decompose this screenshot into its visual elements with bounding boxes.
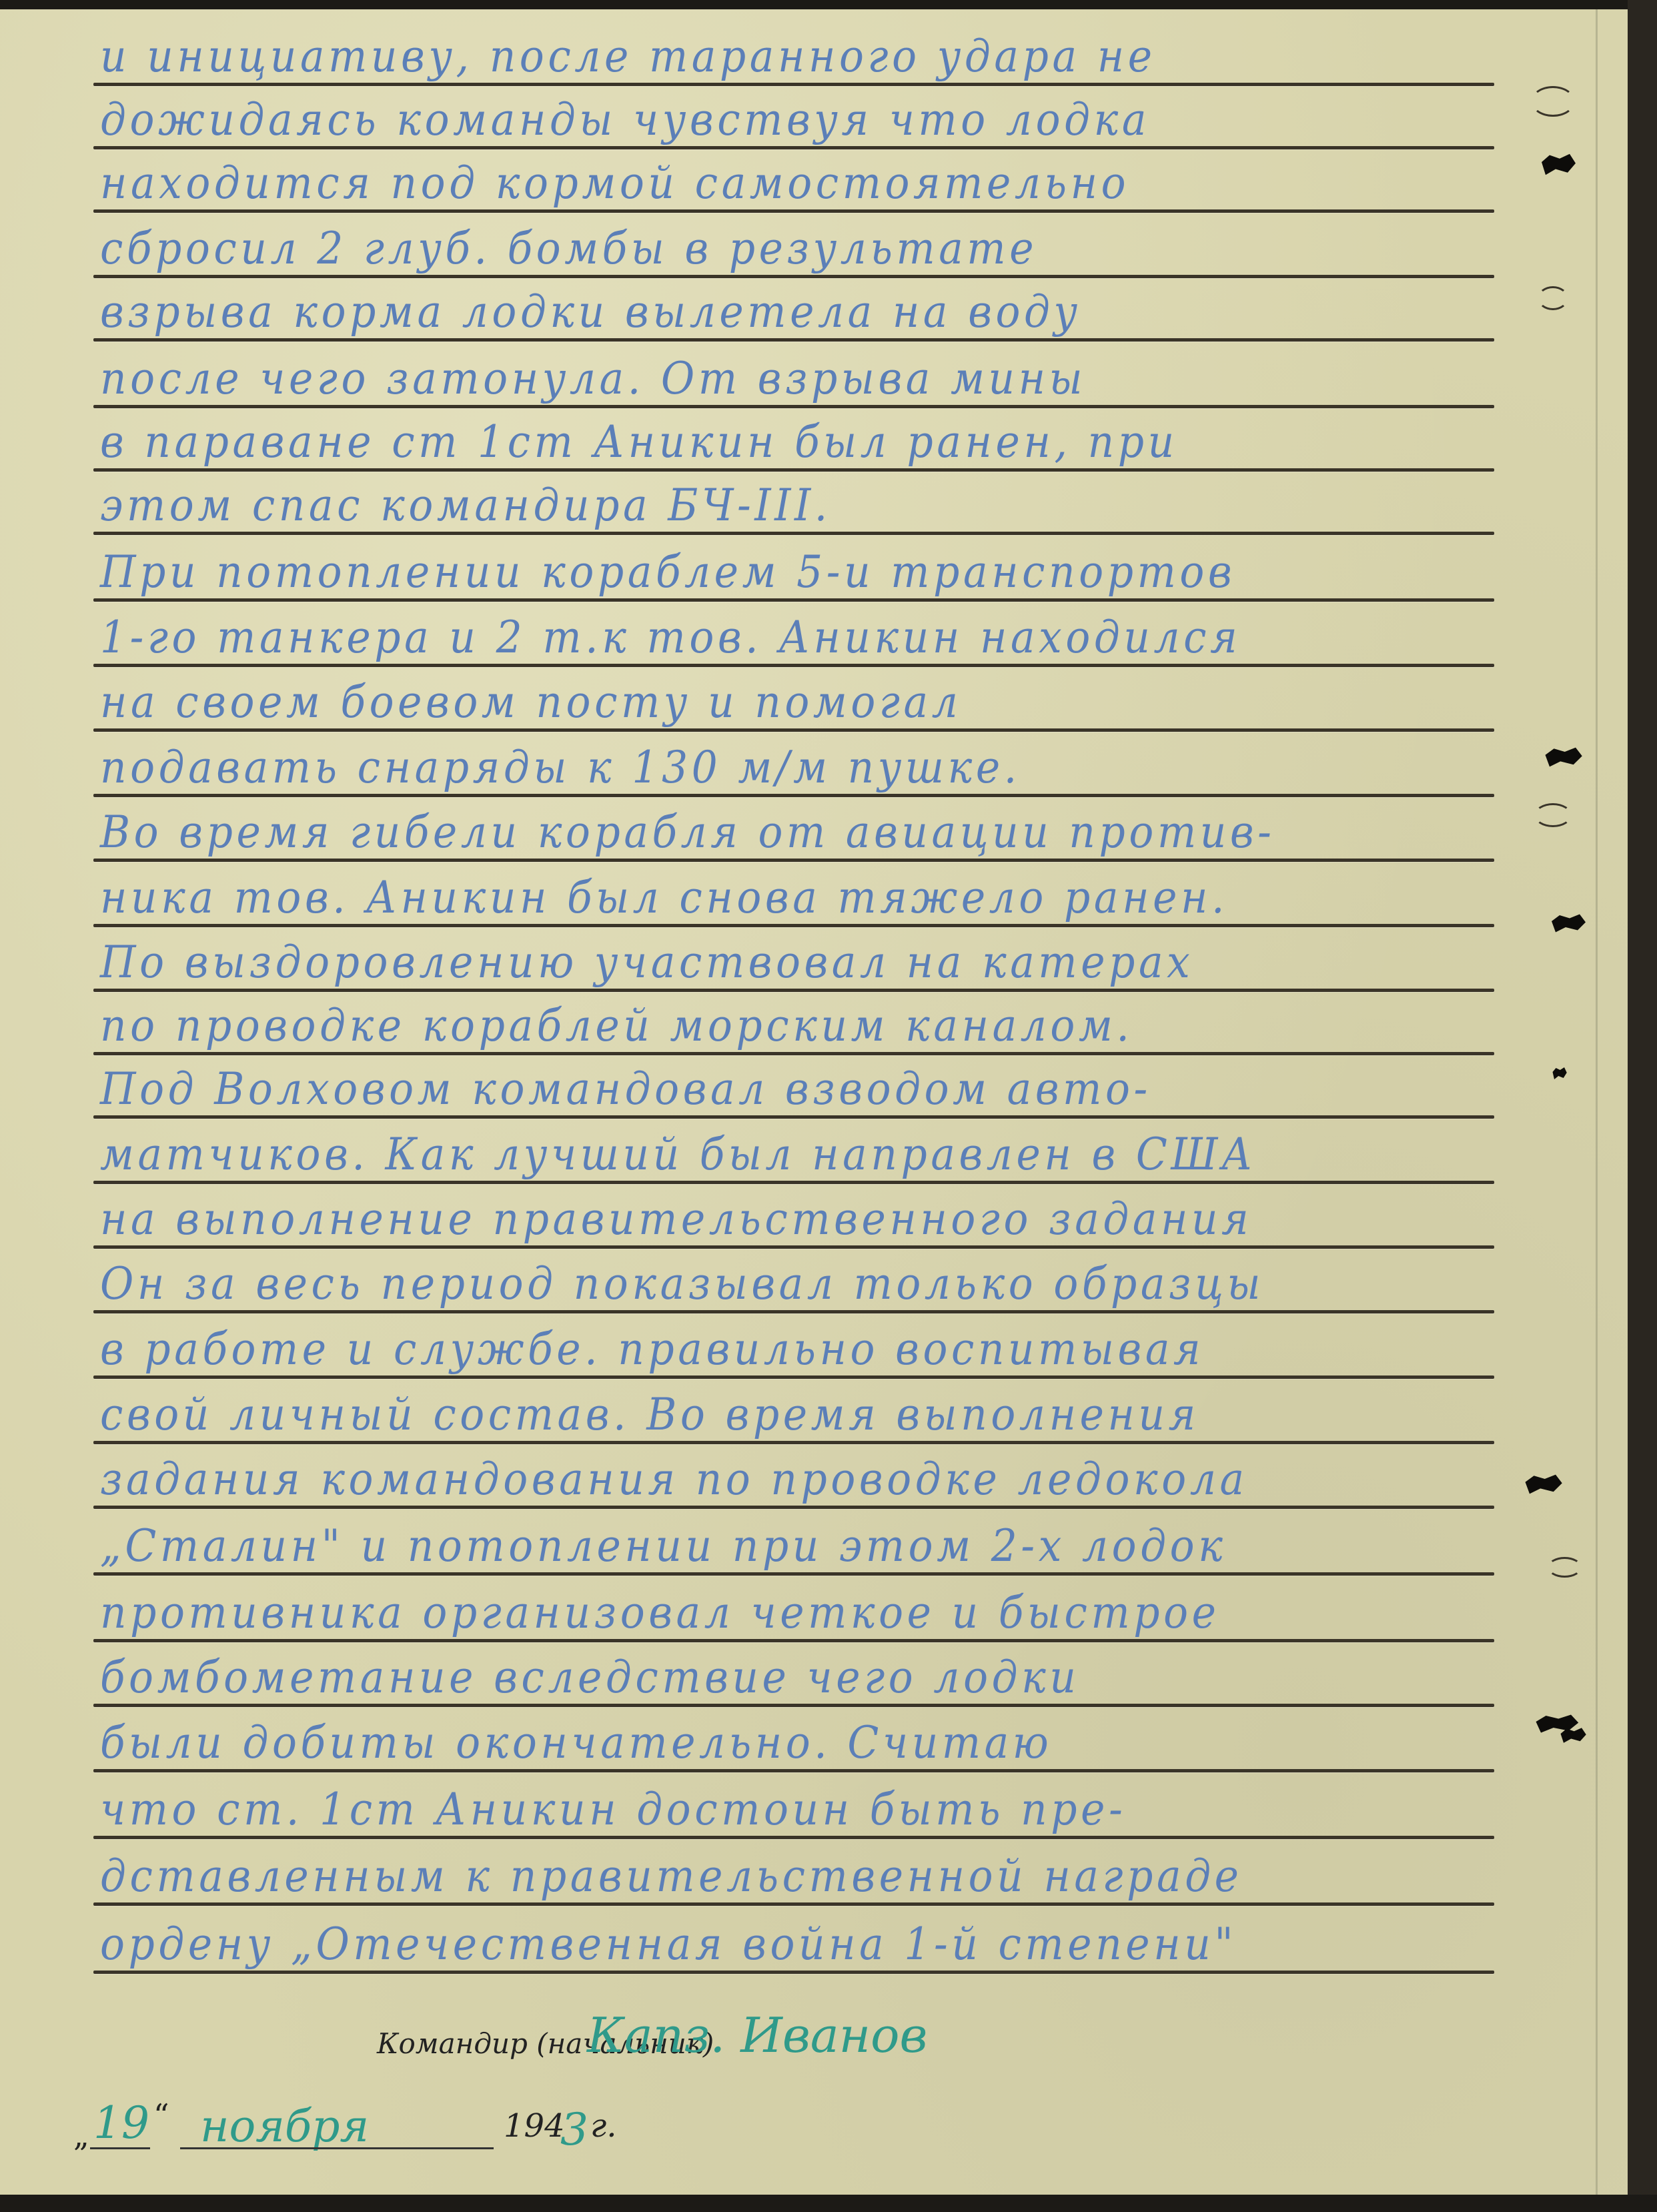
line-text: свой личный состав. Во время выполнения [100,1389,1199,1440]
line-text: подавать снаряды к 130 м/м пушке. [100,742,1021,793]
ruled-line [93,1310,1494,1313]
text-line: При потоплении кораблем 5-и транспортов [93,540,1494,602]
text-line: сбросил 2 глуб. бомбы в результате [93,216,1494,278]
line-text: на выполнение правительственного задания [100,1193,1252,1245]
ruled-line [93,532,1494,535]
document-page: и инициативу, после таранного удара не д… [0,0,1628,2195]
text-line: ника тов. Аникин был снова тяжело ранен. [93,865,1494,927]
line-text: матчиков. Как лучший был направлен в США [100,1129,1256,1180]
text-line: на выполнение правительственного задания [93,1187,1494,1249]
line-text: этом спас командира БЧ-III. [100,480,831,531]
text-line: По выздоровлению участвовал на катерах [93,930,1494,992]
line-text: на своем боевом посту и помогал [100,676,961,728]
text-line: Во время гибели корабля от авиации проти… [93,800,1494,862]
day-underline [90,2147,150,2149]
commander-signature: Капз. Иванов [587,2007,927,2063]
ruled-line [93,728,1494,732]
line-text: взрыва корма лодки вылетела на воду [100,286,1081,338]
text-line: после чего затонула. От взрыва мины [93,346,1494,408]
line-text: 1-го танкера и 2 т.к тов. Аникин находил… [100,612,1241,663]
line-text: были добиты окончательно. Считаю [100,1717,1052,1768]
text-line: Он за весь период показывал только образ… [93,1251,1494,1313]
line-text: Во время гибели корабля от авиации проти… [100,806,1275,858]
hole-crack-icon [1534,803,1572,827]
open-quote: „ [73,2117,89,2153]
hole-crack-icon [1538,286,1568,310]
line-text: по проводке кораблей морским каналом. [100,1000,1133,1051]
line-text: Он за весь период показывал только образ… [100,1258,1264,1309]
hole-crack-icon [1548,1557,1582,1578]
text-line: взрыва корма лодки вылетела на воду [93,280,1494,342]
text-line: ордену „Отечественная война 1-й степени" [93,1912,1494,1974]
text-line: противника организовал четкое и быстрое [93,1580,1494,1642]
ruled-line [93,1704,1494,1707]
ruled-line [93,924,1494,927]
text-line: „Сталин" и потоплении при этом 2-х лодок [93,1514,1494,1576]
text-line: матчиков. Как лучший был направлен в США [93,1122,1494,1184]
line-text: в параване ст 1ст Аникин был ранен, при [100,416,1178,468]
year-suffix: 3 [560,2104,588,2155]
line-text: „Сталин" и потоплении при этом 2-х лодок [100,1520,1226,1572]
line-text: ника тов. Аникин был снова тяжело ранен. [100,872,1228,923]
text-line: дожидаясь команды чувствуя что лодка [93,87,1494,149]
line-text: и инициативу, после таранного удара не [100,31,1156,82]
text-line: дставленным к правительственной награде [93,1844,1494,1906]
ruled-line [93,859,1494,862]
ruled-line [93,1181,1494,1184]
ruled-line [93,598,1494,602]
ruled-line [93,1245,1494,1249]
ruled-line [93,664,1494,667]
text-line: что ст. 1ст Аникин достоин быть пре- [93,1777,1494,1839]
text-line: подавать снаряды к 130 м/м пушке. [93,735,1494,797]
line-text: задания командования по проводке ледокол… [100,1454,1248,1505]
line-text: ордену „Отечественная война 1-й степени" [100,1918,1237,1970]
ruled-line [93,275,1494,278]
ruled-line [93,1506,1494,1509]
date-month: ноября [200,2101,369,2152]
text-line: этом спас командира БЧ-III. [93,473,1494,535]
text-line: бомбометание вследствие чего лодки [93,1645,1494,1707]
text-line: задания командования по проводке ледокол… [93,1447,1494,1509]
ruled-line [93,989,1494,992]
ruled-line [93,405,1494,408]
text-line: свой личный состав. Во время выполнения [93,1382,1494,1444]
ruled-line [93,1375,1494,1379]
text-line: были добиты окончательно. Считаю [93,1710,1494,1772]
close-quote: “ [153,2097,169,2133]
text-line: в параване ст 1ст Аникин был ранен, при [93,410,1494,472]
ruled-line [93,1836,1494,1839]
handwritten-body: и инициативу, после таранного удара не д… [0,9,1628,2195]
ruled-line [93,1572,1494,1576]
ruled-line [93,468,1494,472]
ruled-line [93,1902,1494,1906]
date-day: 19 [93,2097,149,2149]
line-text: По выздоровлению участвовал на катерах [100,937,1193,988]
ruled-line [93,1052,1494,1055]
ruled-line [93,209,1494,213]
scan-border-right [1628,0,1657,2212]
date-row: „ 19 “ ноября 194 3 г. [73,2097,740,2157]
ruled-line [93,338,1494,342]
line-text: после чего затонула. От взрыва мины [100,353,1086,404]
ruled-line [93,83,1494,86]
month-underline [180,2147,494,2149]
ruled-line [93,1971,1494,1974]
text-line: Под Волховом командовал взводом авто- [93,1057,1494,1119]
year-prefix: 194 [504,2107,565,2145]
line-text: Под Волховом командовал взводом авто- [100,1063,1151,1115]
line-text: сбросил 2 глуб. бомбы в результате [100,223,1037,274]
ruled-line [93,794,1494,797]
text-line: 1-го танкера и 2 т.к тов. Аникин находил… [93,605,1494,667]
ruled-line [93,146,1494,149]
ruled-line [93,1115,1494,1119]
hole-crack-icon [1531,86,1575,117]
text-line: и инициативу, после таранного удара не [93,24,1494,86]
text-line: находится под кормой самостоятельно [93,151,1494,213]
scan-border-bottom [0,2195,1657,2212]
line-text: находится под кормой самостоятельно [100,157,1129,209]
year-unit: г. [590,2107,617,2145]
line-text: в работе и службе. правильно воспитывая [100,1323,1204,1375]
line-text: что ст. 1ст Аникин достоин быть пре- [100,1784,1126,1835]
line-text: противника организовал четкое и быстрое [100,1587,1220,1638]
line-text: бомбометание вследствие чего лодки [100,1652,1079,1703]
ruled-line [93,1441,1494,1444]
line-text: дожидаясь команды чувствуя что лодка [100,94,1150,145]
text-line: по проводке кораблей морским каналом. [93,993,1494,1055]
text-line: в работе и службе. правильно воспитывая [93,1317,1494,1379]
line-text: дставленным к правительственной награде [100,1850,1243,1902]
ruled-line [93,1769,1494,1772]
line-text: При потоплении кораблем 5-и транспортов [100,546,1235,598]
text-line: на своем боевом посту и помогал [93,670,1494,732]
ruled-line [93,1639,1494,1642]
